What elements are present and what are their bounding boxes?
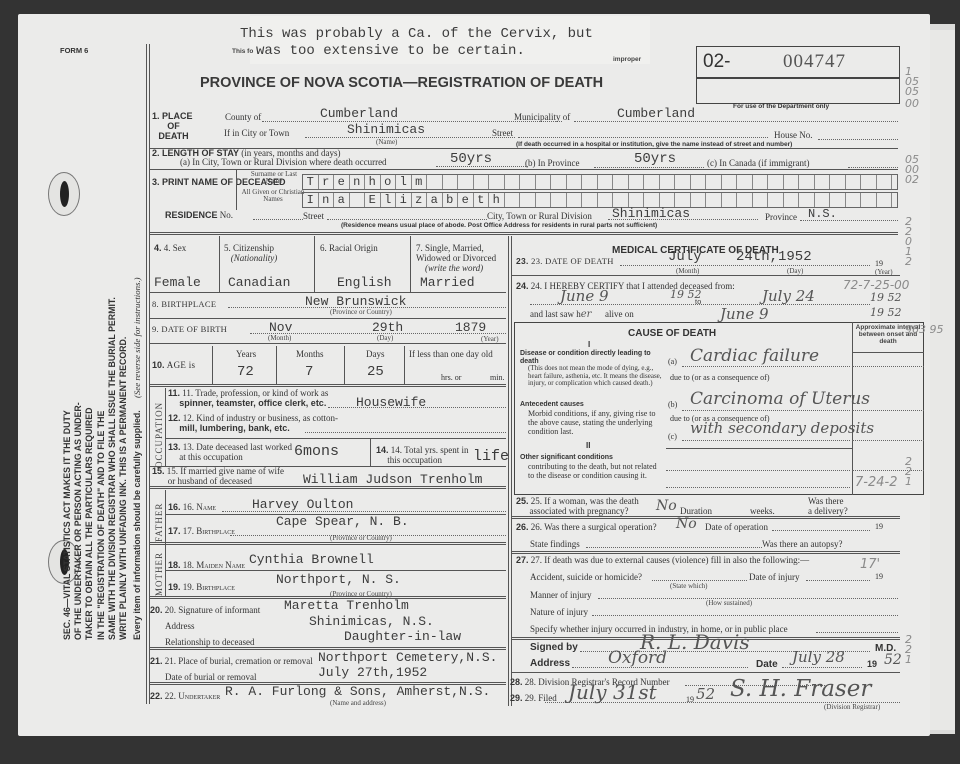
- name-letter-cell: t: [474, 193, 490, 207]
- cause-b-label: (b): [668, 400, 677, 409]
- name-letter-cell: [505, 175, 521, 189]
- municipality-value: Cumberland: [617, 106, 695, 121]
- name-letter-cell: [613, 193, 629, 207]
- age-label: 10. AGE is: [152, 360, 195, 370]
- filed-date-value: July 31st: [568, 680, 657, 704]
- filed-year-prefix: 19: [686, 695, 694, 704]
- name-letter-cell: [861, 175, 877, 189]
- death-month-sub: (Month): [676, 267, 699, 275]
- signed-by-label: Signed by: [530, 642, 578, 653]
- name-letter-cell: [784, 193, 800, 207]
- name-letter-cell: [799, 193, 815, 207]
- age-pencil-note: 72-7-25-00: [843, 278, 909, 292]
- name-letter-cell: [737, 175, 753, 189]
- margin-pencil-code: 02: [905, 174, 919, 185]
- section-one-label: I: [588, 340, 590, 349]
- stay-city-label: (a) In City, Town or Rural Division wher…: [180, 157, 387, 167]
- county-value: Cumberland: [320, 106, 398, 121]
- name-letter-cell: [551, 175, 567, 189]
- marital-value: Married: [420, 275, 475, 290]
- age-years-value: 72: [237, 364, 254, 380]
- father-side-label: FATHER: [154, 503, 164, 542]
- informant-signature: Maretta Trenholm: [284, 598, 409, 613]
- injury-date-label: Date of injury: [749, 572, 799, 582]
- operation-label: 26. 26. Was there a surgical operation?: [516, 522, 657, 532]
- burial-place-label: 21. 21. Place of burial, cremation or re…: [150, 656, 313, 666]
- undertaker-sub: (Name and address): [330, 699, 386, 707]
- name-letter-cell: [768, 193, 784, 207]
- name-letter-cell: o: [381, 175, 397, 189]
- name-letter-cell: m: [412, 175, 428, 189]
- street-label: Street: [492, 128, 513, 138]
- dob-label: 9. DATE OF BIRTH: [152, 324, 227, 334]
- stay-city-value: 50yrs: [450, 151, 492, 167]
- interval-pencil-note: 7-24-2: [855, 475, 897, 490]
- name-letter-cell: [753, 193, 769, 207]
- name-letter-cell: b: [443, 193, 459, 207]
- name-letter-cell: z: [412, 193, 428, 207]
- name-letter-cell: [551, 193, 567, 207]
- dob-month-sub: (Month): [268, 334, 291, 342]
- age-days-label: Days: [366, 349, 385, 359]
- operation-year-prefix: 19: [875, 522, 883, 531]
- name-letter-cell: h: [489, 193, 505, 207]
- birthplace-sub-label: (Province or Country): [330, 308, 392, 316]
- external-causes-label: 27. 27. If death was due to external cau…: [516, 555, 809, 565]
- name-letter-cell: [706, 193, 722, 207]
- pregnancy-label: 25. 25. If a woman, was the death associ…: [516, 496, 639, 516]
- city-label: If in City or Town: [224, 128, 289, 138]
- name-letter-cell: a: [334, 193, 350, 207]
- name-letter-cell: [675, 175, 691, 189]
- mother-birthplace-label: 19. 19. Birthplace: [168, 582, 235, 592]
- name-letter-cell: [644, 175, 660, 189]
- operation-date-label: Date of operation: [705, 522, 768, 532]
- name-letter-cell: [582, 193, 598, 207]
- nature-label: Nature of injury: [530, 607, 588, 617]
- age-days-value: 25: [367, 364, 384, 380]
- residence-street-label: Street: [303, 211, 324, 221]
- father-birthplace-sub: (Province or Country): [330, 534, 392, 542]
- registration-number-box: 02- 004747: [696, 46, 900, 104]
- racial-origin-label: 6. Racial Origin: [320, 243, 378, 253]
- registrar-signature: S. H. Fraser: [730, 676, 871, 702]
- residence-city-value: Shinimicas: [612, 206, 690, 221]
- spouse-value: William Judson Trenholm: [303, 472, 482, 487]
- name-letter-cell: [660, 193, 676, 207]
- dob-year: 1879: [455, 320, 486, 335]
- margin-pencil-code: 963 95: [905, 324, 944, 335]
- name-letter-cell: [582, 175, 598, 189]
- cause-of-death-title: CAUSE OF DEATH: [628, 328, 716, 339]
- racial-origin-value: English: [337, 275, 392, 290]
- less-than-day-label: If less than one day old: [409, 349, 493, 359]
- typed-note-line1: This was probably a Ca. of the Cervix, b…: [240, 26, 593, 42]
- certify-label: 24. 24. I HEREBY CERTIFY that I attended…: [516, 281, 735, 291]
- birthplace-value: New Brunswick: [305, 294, 406, 309]
- name-letter-cell: [877, 193, 893, 207]
- citizenship-label: 5. Citizenship (Nationality): [224, 243, 277, 263]
- informant-address-label: Address: [165, 621, 195, 631]
- name-letter-cell: [489, 175, 505, 189]
- name-letter-cell: [846, 175, 862, 189]
- industry-label: 12. 12. Kind of industry or business, as…: [168, 413, 338, 433]
- trade-value: Housewife: [356, 395, 426, 410]
- name-letter-cell: [846, 193, 862, 207]
- attended-to-year: 19 52: [870, 291, 902, 304]
- autopsy-label: Was there an autopsy?: [762, 539, 843, 549]
- relationship-label: Relationship to deceased: [165, 637, 254, 647]
- occupation-side-label: OCCUPATION: [154, 402, 164, 468]
- cause-c-value: with secondary deposits: [690, 419, 874, 437]
- delivery-label: Was therea delivery?: [808, 496, 848, 516]
- margin-pencil-code: 00: [905, 98, 919, 109]
- name-letter-cell: [629, 175, 645, 189]
- pregnancy-value: No: [656, 498, 677, 514]
- name-letter-cell: [443, 175, 459, 189]
- last-saw-label: and last saw her alive on: [530, 309, 634, 320]
- name-letter-cell: I: [303, 193, 319, 207]
- filed-year-value: 52: [696, 685, 715, 703]
- citizenship-value: Canadian: [228, 275, 290, 290]
- marital-label: 7. Single, Married,Widowed or Divorced (…: [416, 243, 496, 273]
- dob-year-sub: (Year): [481, 335, 499, 343]
- sidebar-line: WRITE PLAINLY WITH UNFADING INK. THIS IS…: [118, 120, 129, 640]
- name-letter-cell: [706, 175, 722, 189]
- trade-label: 11. 11. Trade, profession, or kind of wo…: [168, 388, 328, 408]
- signature-address-label: Address: [530, 658, 570, 669]
- spouse-label: 15. 15. If married give name of wife or …: [152, 466, 284, 486]
- cause-b-value: Carcinoma of Uterus: [690, 389, 870, 409]
- name-letter-cell: a: [427, 193, 443, 207]
- margin-pencil-code: 05: [905, 86, 919, 97]
- total-years-label: 14. 14. Total yrs. spent in this occupat…: [376, 445, 468, 465]
- min-label: min.: [490, 373, 504, 382]
- name-letter-cell: [660, 175, 676, 189]
- undertaker-label: 22. 22. Undertaker: [150, 691, 220, 701]
- name-letter-cell: i: [396, 193, 412, 207]
- undertaker-value: R. A. Furlong & Sons, Amherst,N.S.: [225, 684, 490, 699]
- death-date-label: 23. 23. DATE OF DEATH: [516, 256, 614, 266]
- margin-pencil-code: 1: [905, 476, 912, 487]
- name-letter-cell: [784, 175, 800, 189]
- name-letter-cell: [722, 175, 738, 189]
- father-birthplace-label: 17. 17. Birthplace: [168, 526, 235, 536]
- registration-number: 004747: [783, 51, 846, 73]
- how-sustained-label: (How sustained): [706, 599, 752, 607]
- death-month: July: [668, 249, 702, 265]
- name-letter-cell: n: [319, 193, 335, 207]
- stay-canada-label: (c) In Canada (if immigrant): [707, 158, 809, 168]
- name-letter-cell: [799, 175, 815, 189]
- name-letter-cell: [427, 175, 443, 189]
- mother-birthplace-value: Northport, N. S.: [276, 572, 401, 587]
- cause-a-label: (a): [668, 357, 677, 366]
- name-letter-cell: e: [458, 193, 474, 207]
- surname-grid: Trenholm: [302, 174, 898, 190]
- last-worked-value: 6mons: [294, 443, 339, 460]
- name-letter-cell: e: [334, 175, 350, 189]
- accident-label: Accident, suicide or homicide?: [530, 572, 642, 582]
- name-letter-cell: [629, 193, 645, 207]
- name-letter-cell: [536, 175, 552, 189]
- sidebar-instructions: SEC. 46—VITAL STATISTICS ACT MAKES IT TH…: [62, 120, 143, 640]
- name-letter-cell: n: [350, 175, 366, 189]
- name-letter-cell: [536, 193, 552, 207]
- given-names-label: All Given or Christian Names: [240, 189, 306, 203]
- mother-maiden-value: Cynthia Brownell: [249, 552, 374, 567]
- sidebar-line: TAKER TO OBTAIN ALL THE PARTICULARS REQU…: [84, 120, 95, 640]
- name-letter-cell: [830, 193, 846, 207]
- injury-year-prefix: 19: [875, 572, 883, 581]
- mother-maiden-label: 18. 18. Maiden Name: [168, 560, 245, 570]
- death-day: 24th,1952: [736, 249, 812, 265]
- given-names-grid: InaElizabeth: [302, 192, 898, 208]
- overlay-peek-right: improper: [613, 56, 641, 63]
- name-letter-cell: [350, 193, 366, 207]
- residence-note: (Residence means usual place of abode. P…: [341, 222, 657, 229]
- dob-month: Nov: [269, 320, 292, 335]
- residence-province-label: Province: [765, 212, 797, 222]
- name-letter-cell: [737, 193, 753, 207]
- name-letter-cell: [474, 175, 490, 189]
- total-years-value: life: [473, 448, 509, 465]
- physician-address: Oxford: [608, 648, 667, 668]
- father-birthplace-value: Cape Spear, N. B.: [276, 514, 409, 529]
- dob-day-sub: (Day): [377, 334, 393, 342]
- city-sub-label: (Name): [376, 138, 397, 146]
- name-letter-cell: [861, 193, 877, 207]
- sex-label: 4. 4. Sex: [154, 243, 186, 253]
- father-name-label: 16. 16. Name: [168, 502, 216, 512]
- last-saw-date: June 9: [720, 305, 769, 323]
- section-two-label: II: [586, 441, 590, 450]
- overlay-peek-left: This fo: [232, 48, 253, 55]
- municipality-label: Municipality of: [514, 112, 570, 122]
- city-value: Shinimicas: [347, 122, 425, 137]
- name-letter-cell: [722, 193, 738, 207]
- name-letter-cell: r: [319, 175, 335, 189]
- dob-day: 29th: [372, 320, 403, 335]
- sidebar-footer: Every item of information should be care…: [132, 410, 142, 640]
- residence-label: RESIDENCE No.: [165, 210, 233, 220]
- sidebar-line: SAME WITH THE DIVISION REGISTRAR WHO SHA…: [107, 120, 118, 640]
- sidebar-footer-note: (See reverse side for instructions.): [132, 277, 142, 398]
- sidebar-line: OF THE UNDERTAKER OR PERSON ACTING AS UN…: [73, 120, 84, 640]
- name-letter-cell: [815, 175, 831, 189]
- name-letter-cell: [505, 193, 521, 207]
- duration-label: Duration: [680, 506, 712, 516]
- name-letter-cell: [613, 175, 629, 189]
- burial-date-value: July 27th,1952: [318, 665, 427, 680]
- stay-province-label: (b) In Province: [525, 158, 579, 168]
- name-letter-cell: [691, 175, 707, 189]
- stay-province-value: 50yrs: [634, 151, 676, 167]
- informant-address: Shinimicas, N.S.: [309, 614, 434, 629]
- mother-side-label: MOTHER: [154, 552, 164, 596]
- place-of-death-label: 1. PLACE OF DEATH: [152, 111, 193, 141]
- operation-value: No: [676, 516, 697, 532]
- name-letter-cell: [567, 175, 583, 189]
- margin-pencil-note: 17': [860, 557, 880, 572]
- signature-date-value: July 28: [792, 648, 845, 666]
- signature-date-label: Date: [756, 659, 778, 670]
- department-note: For use of the Department only: [733, 103, 829, 110]
- attended-from-year: 19 52: [670, 288, 702, 301]
- form-border-left: [146, 44, 147, 704]
- house-no-label: House No.: [774, 130, 813, 140]
- death-day-sub: (Day): [787, 267, 803, 275]
- residence-province-value: N.S.: [808, 207, 837, 221]
- cause-a-value: Cardiac failure: [690, 346, 819, 366]
- county-label: County of: [225, 112, 261, 122]
- name-letter-cell: [815, 193, 831, 207]
- surname-label: Surname or Last Name: [248, 171, 300, 185]
- registration-prefix: 02-: [703, 51, 730, 73]
- due-to-label-1: due to (or as a consequence of): [670, 373, 770, 382]
- name-letter-cell: [458, 175, 474, 189]
- registrar-sub-label: (Division Registrar): [824, 703, 880, 711]
- name-letter-cell: l: [396, 175, 412, 189]
- sex-value: Female: [154, 275, 201, 290]
- manner-label: Manner of injury: [530, 590, 591, 600]
- signature-year-prefix: 19: [867, 659, 877, 669]
- attended-to-value: July 24: [762, 287, 815, 305]
- residence-city-label: City, Town or Rural Division: [487, 211, 592, 221]
- age-months-value: 7: [305, 364, 313, 380]
- age-months-label: Months: [296, 349, 324, 359]
- attended-from-value: June 9: [560, 287, 609, 305]
- burial-place-value: Northport Cemetery,N.S.: [318, 650, 497, 665]
- last-worked-label: 13. 13. Date deceased last worked at thi…: [168, 442, 292, 462]
- hrs-label: hrs. or: [441, 373, 461, 382]
- name-letter-cell: [753, 175, 769, 189]
- burial-date-label: Date of burial or removal: [165, 672, 256, 682]
- findings-label: State findings: [530, 539, 580, 549]
- name-letter-cell: [768, 175, 784, 189]
- name-letter-cell: [644, 193, 660, 207]
- name-letter-cell: [567, 193, 583, 207]
- signature-year-value: 52: [884, 652, 902, 668]
- weeks-label: weeks.: [750, 506, 775, 516]
- name-letter-cell: [598, 175, 614, 189]
- name-letter-cell: h: [365, 175, 381, 189]
- relationship-value: Daughter-in-law: [344, 629, 461, 644]
- direct-cause-label: Disease or condition directly leading to…: [520, 350, 662, 388]
- age-years-label: Years: [236, 349, 256, 359]
- antecedent-label: Antecedent causes Morbid conditions, if …: [520, 400, 662, 436]
- name-letter-cell: E: [365, 193, 381, 207]
- name-letter-cell: [520, 175, 536, 189]
- typed-note-line2: was too extensive to be certain.: [256, 43, 525, 59]
- state-which-label: (State which): [670, 582, 708, 590]
- name-letter-cell: [675, 193, 691, 207]
- name-letter-cell: [520, 193, 536, 207]
- name-letter-cell: [877, 175, 893, 189]
- informant-label: 20. 20. Signature of informant: [150, 605, 260, 615]
- death-year-prefix: 19: [875, 259, 883, 268]
- margin-pencil-code: 1: [905, 654, 912, 665]
- margin-pencil-code: 2: [905, 256, 912, 267]
- sidebar-line: SEC. 46—VITAL STATISTICS ACT MAKES IT TH…: [62, 120, 73, 640]
- form-title: PROVINCE OF NOVA SCOTIA—REGISTRATION OF …: [200, 75, 603, 91]
- name-letter-cell: [598, 193, 614, 207]
- other-conditions-label: Other significant conditions contributin…: [520, 453, 662, 480]
- birthplace-label: 8. BIRTHPLACE: [152, 299, 216, 309]
- name-letter-cell: l: [381, 193, 397, 207]
- form-number: FORM 6: [60, 46, 88, 55]
- last-saw-year: 19 52: [870, 306, 902, 319]
- name-letter-cell: T: [303, 175, 319, 189]
- name-letter-cell: [691, 193, 707, 207]
- father-name-value: Harvey Oulton: [252, 497, 353, 512]
- cause-c-label: (c): [668, 432, 677, 441]
- sidebar-line: IN THE "REGISTRATION OF DEATH" AND TO FI…: [96, 120, 107, 640]
- name-letter-cell: [830, 175, 846, 189]
- hospital-note: (If death occurred in a hospital or inst…: [516, 141, 792, 148]
